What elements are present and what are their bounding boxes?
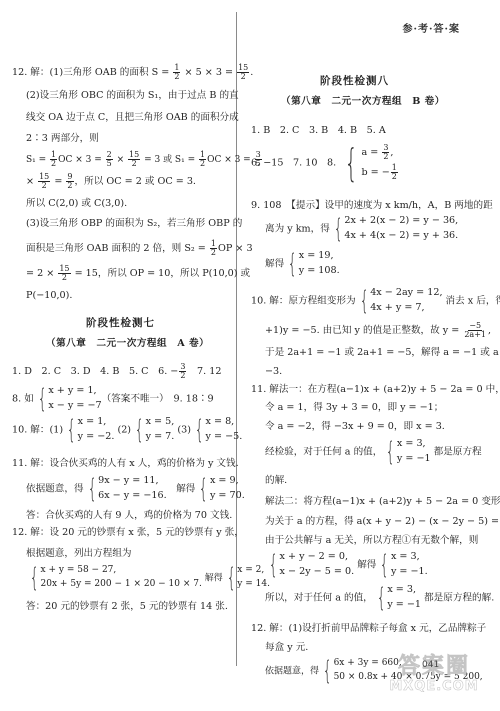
header-mark: 参·考·答·案	[403, 24, 460, 37]
q12-line11: P(−10,0).	[26, 290, 72, 302]
s7-q10: 10. 解：(1){x = 1,y = −2. (2){x = 5,y = 7.…	[12, 415, 242, 445]
q12-line8: (3)设三角形 OBP 的面积为 S₂，若三角形 OBP 的	[26, 218, 242, 230]
s8-q6-8: 6. −15 7. 10 8. { a = 32, b = −12	[251, 143, 399, 183]
s7-q1-7: 1. D 2. C 3. D 4. B 5. C 6. −32 7. 12	[12, 363, 221, 380]
s8-q10-line1: 10. 解：原方程组变形为{4x − 2ay = 12,4x + y = 7, …	[251, 286, 500, 316]
s7-q12-system: {x + y = 58 − 27,20x + 5y = 200 − 1 × 20…	[26, 564, 270, 592]
s8-q1-5: 1. B 2. C 3. B 4. B 5. A	[251, 125, 386, 137]
equation-system: {x + y = 1,x − y = −7	[34, 384, 102, 414]
section7-subtitle: （第八章 二元一次方程组 A 卷）	[46, 338, 209, 350]
s8-q11-line8: 由于公共解与 a 无关，所以方程①有无数个解，则	[265, 535, 478, 547]
s8-q11-line6: 解法二：将方程(a−1)x + (a+2)y + 5 − 2a = 0 变形	[265, 496, 500, 508]
s8-q10-line2: +1)y = −5. 由已知 y 的值是正整数，故 y = −52a+1,	[265, 322, 491, 339]
s8-q11-line5: 的解.	[265, 475, 287, 487]
q12-line1: 12. 解：(1)三角形 OAB 的面积 S = 12 × 5 × 3 = 15…	[12, 64, 253, 81]
q12-line3: 线交 OA 边于点 C，且把三角形 OAB 的面积分成	[26, 112, 239, 124]
section8-title: 阶段性检测八	[320, 75, 389, 88]
page-number: 041	[422, 660, 439, 671]
s7-q11-line1: 11. 解：设合伙买鸡的人有 x 人，鸡的价格为 y 文钱.	[12, 458, 239, 470]
section8-subtitle: （第八章 二元一次方程组 B 卷）	[281, 96, 445, 108]
s8-q11-line9: 所以，对于任何 a 的值，{x = 3,y = −1 都是原方程的解.	[265, 583, 494, 613]
s7-q12-line1: 12. 解：设 20 元的钞票有 x 张，5 元的钞票有 y 张，	[12, 527, 244, 539]
s8-q11-line3: 令 a = −2，得 −3x + 9 = 0，即 x = 3.	[265, 421, 445, 433]
q12-line10: = 2 × 152 = 15，所以 OP = 10，所以 P(10,0) 或	[26, 265, 250, 282]
s8-q11-line1: 11. 解法一：在方程(a−1)x + (a+2)y + 5 − 2a = 0 …	[251, 384, 500, 396]
s8-q9-line1: 9. 108 【提示】设甲的速度为 x km/h，A，B 两地的距	[251, 200, 493, 212]
q12-line9: 面积是三角形 OAB 面积的 2 倍，则 S₂ = 12OP × 3	[26, 240, 253, 257]
s8-q11-line2: 令 a = 1，得 3y + 3 = 0，即 y = −1；	[265, 402, 443, 414]
s7-q12-line2: 根据题意，列出方程组为	[26, 548, 132, 560]
s8-q11-system: {x + y − 2 = 0,x − 2y − 5 = 0. 解得{x = 3,…	[265, 550, 428, 580]
q12-line4: 2∶3 两部分，则	[26, 133, 99, 145]
s7-q12-answer: 答：20 元的钞票有 2 张，5 元的钞票有 14 张.	[26, 601, 228, 613]
s8-q12-line2: 每盒 y 元.	[265, 642, 308, 654]
s8-q9-solution: 解得{x = 19,y = 108.	[265, 249, 340, 279]
q12-line7: 所以 C(2,0) 或 C(3,0).	[26, 198, 127, 210]
s8-q9-system: 离为 y km，得{2x + 2(x − 2) = y − 36,4x + 4(…	[265, 214, 458, 244]
q12-line6: × 152 = 92，所以 OC = 2 或 OC = 3.	[26, 173, 196, 190]
s8-q10-line4: −3.	[265, 366, 282, 378]
s7-q11-answer: 答：合伙买鸡的人有 9 人，鸡的价格为 70 文钱.	[26, 510, 232, 522]
q12-line2: (2)设三角形 OBC 的面积为 S₁，由于过点 B 的直	[26, 90, 239, 102]
s8-q10-line3: 于是 2a+1 = −1 或 2a+1 = −5，解得 a = −1 或 a =	[265, 347, 500, 359]
q12-line5: S₁ = 12OC × 3 = 25 × 152 = 3 或 S₁ = 12OC…	[26, 151, 263, 168]
s8-q12-line1: 12. 解：(1)设打折前甲品牌粽子每盒 x 元，乙品牌粽子	[251, 623, 486, 635]
s8-q11-line7: 为关于 a 的方程，得 a(x + y − 2) − (x − 2y − 5) …	[265, 516, 500, 528]
s7-q8-9: 8. 如{x + y = 1,x − y = −7（答案不唯一） 9. 18∶9	[12, 384, 214, 414]
s7-q11-system: 依据题意，得{9x − y = 11,6x − y = −16. 解得{x = …	[26, 474, 245, 504]
section7-title: 阶段性检测七	[86, 317, 155, 330]
fraction: 12	[173, 64, 180, 81]
s8-q11-line4: 经检验，对于任何 a 的值，{x = 3,y = −1 都是原方程	[265, 437, 482, 467]
